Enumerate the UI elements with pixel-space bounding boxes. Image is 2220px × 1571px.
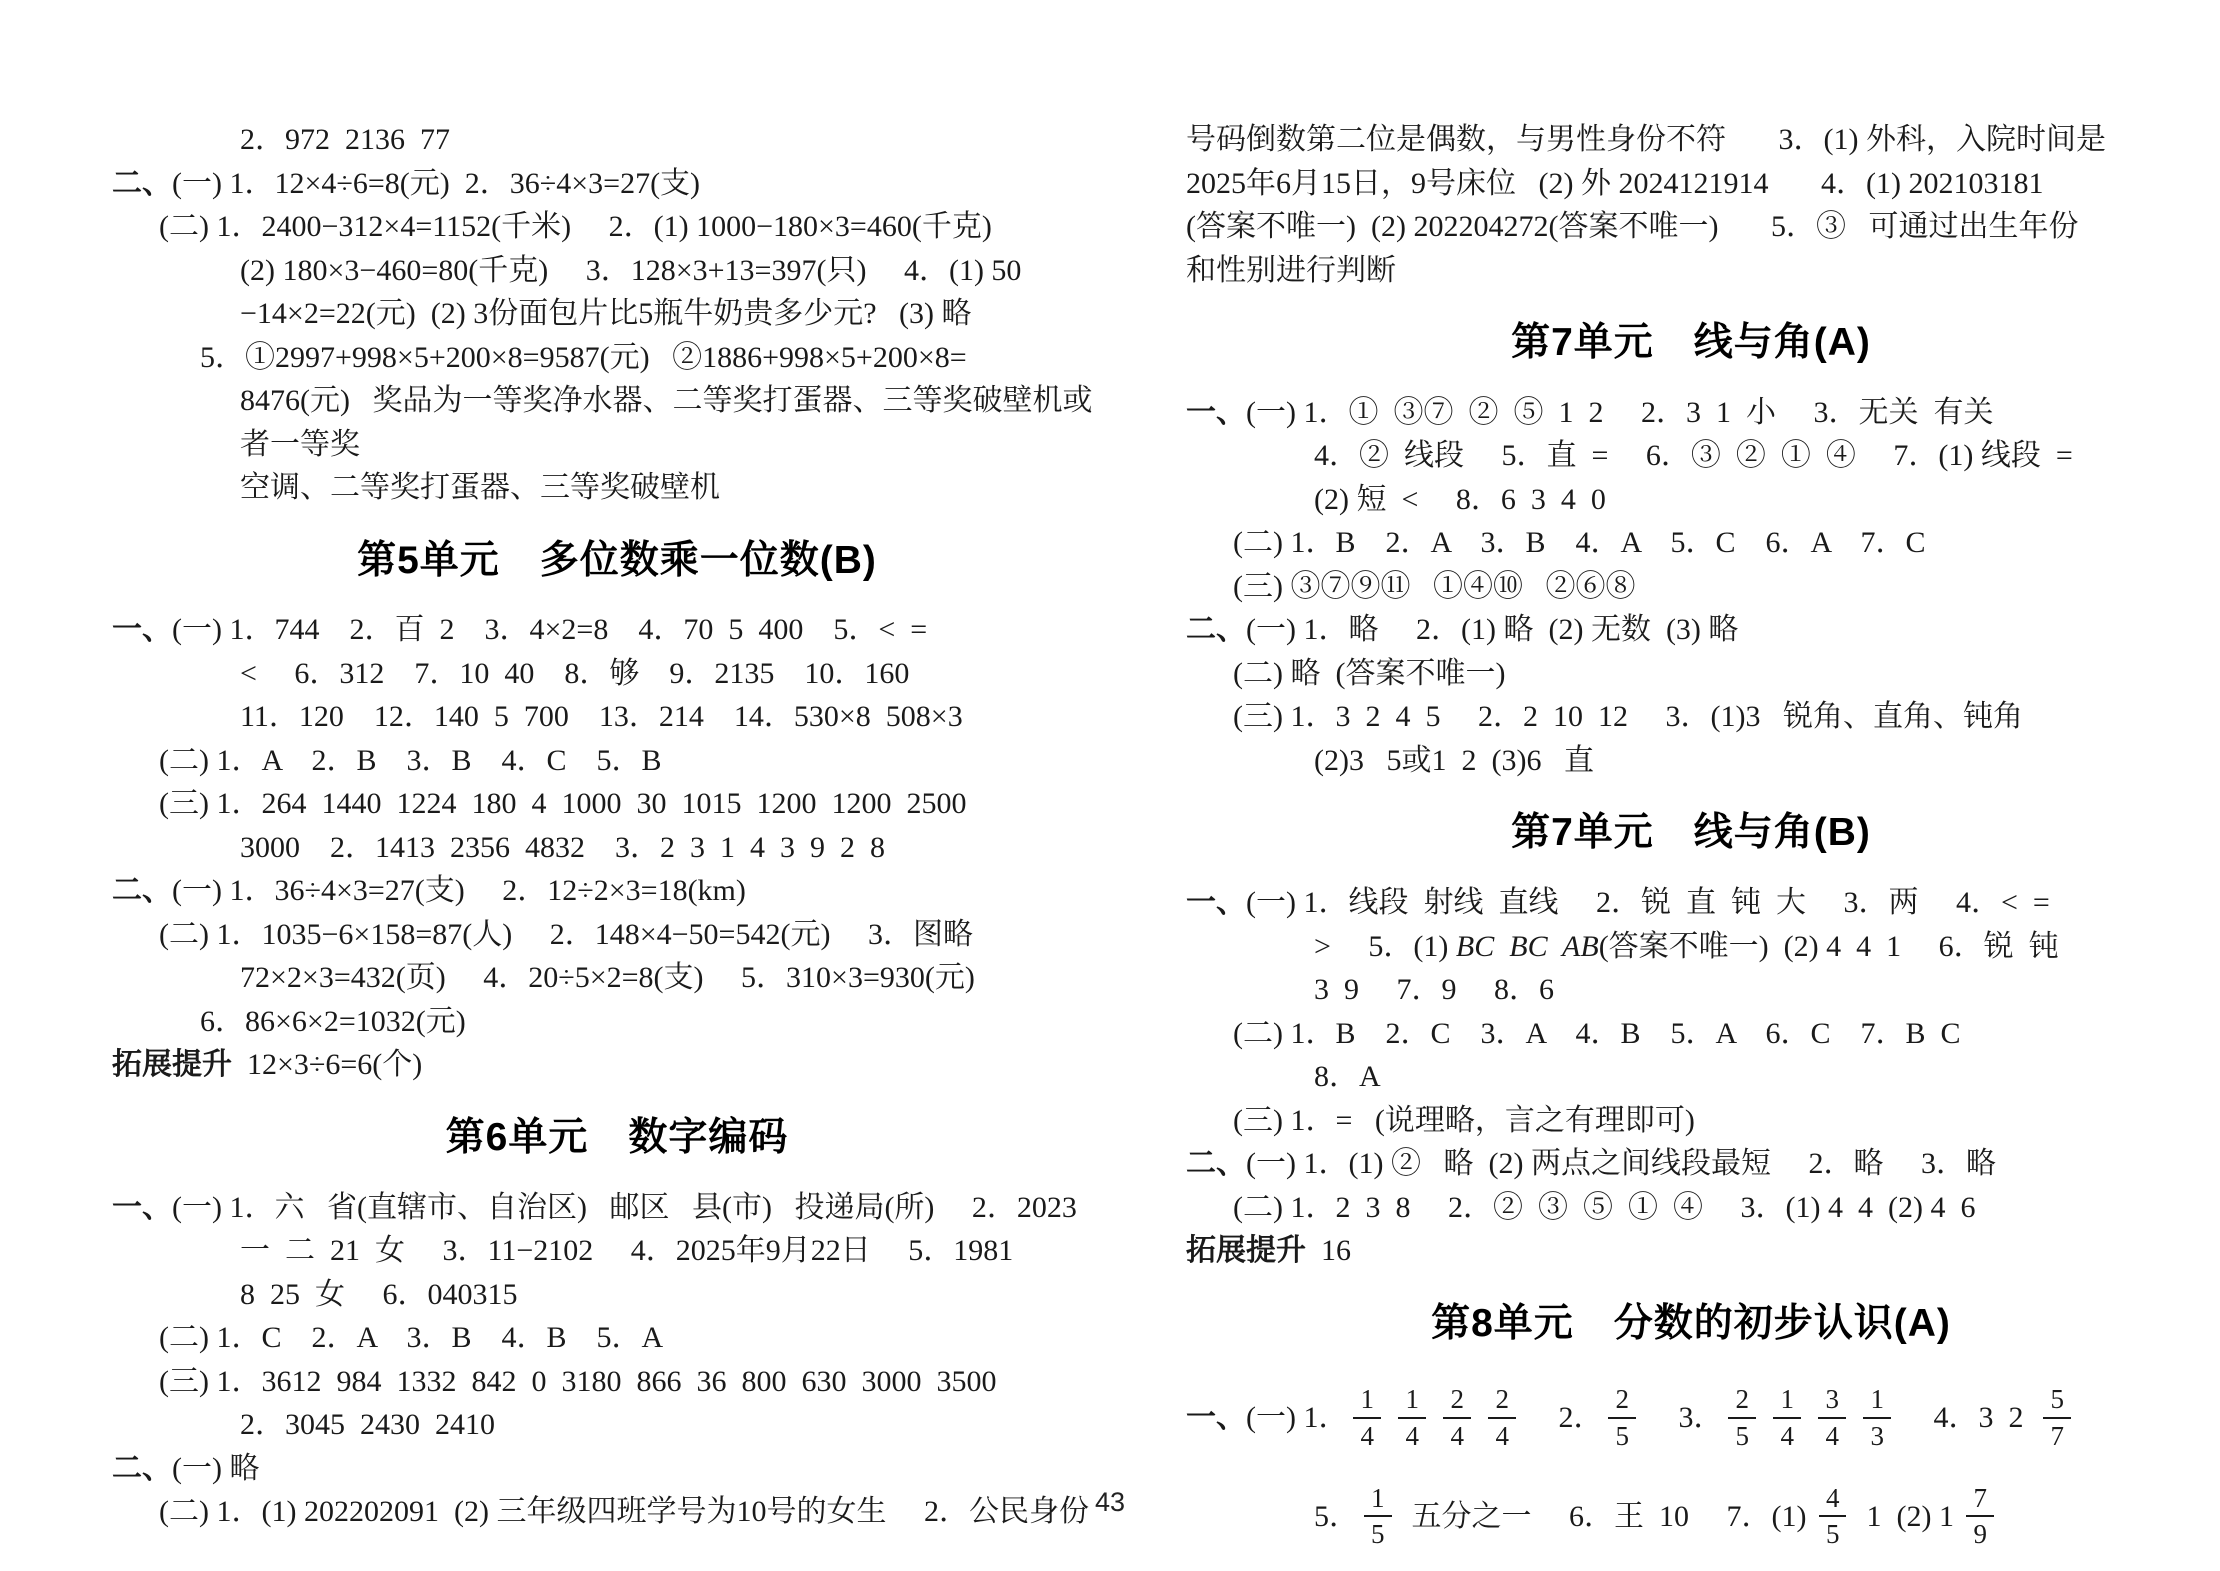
answer-line: (三) 1．3612 984 1332 842 0 3180 866 36 80… (112, 1360, 1122, 1404)
answer-line: (二) 1．A 2．B 3．B 4．C 5．B (112, 739, 1122, 783)
fraction: 24 (1488, 1384, 1516, 1450)
answer-text: (一) 略 (172, 1452, 259, 1485)
answer-line: 拓展提升 16 (1186, 1229, 2196, 1273)
answer-text: (三) 1．3 2 4 5 2．2 10 12 3．(1)3 锐角、直角、钝角 (1233, 700, 2023, 733)
answer-text: 2．3045 2430 2410 (240, 1408, 495, 1441)
answer-line: 二、(一) 1．12×4÷6=8(元) 2．36÷4×3=27(支) (112, 162, 1122, 206)
answer-text: (一) 1．① ③⑦ ② ⑤ 1 2 2．3 1 小 3．无关 有关 (1246, 396, 1993, 429)
answer-line: (三) 1．3 2 4 5 2．2 10 12 3．(1)3 锐角、直角、钝角 (1186, 695, 2196, 739)
answer-line: 一 二 21 女 3．11−2102 4．2025年9月22日 5．1981 (112, 1229, 1122, 1273)
answer-text (1476, 1402, 1484, 1435)
answer-text (1386, 1402, 1394, 1435)
answer-line: 8．A (1186, 1055, 2196, 1099)
answer-line: (二) 1．2 3 8 2．② ③ ⑤ ① ④ 3．(1) 4 4 (2) 4 … (1186, 1186, 2196, 1230)
answer-text: 2．972 2136 77 (240, 123, 450, 156)
answer-text: 2025年6月15日，9号床位 (2) 外 2024121914 4．(1) 2… (1186, 167, 2043, 200)
answer-line: (二) 1．1035−6×158=87(人) 2．148×4−50=542(元)… (112, 913, 1122, 957)
answer-text: 8．A (1314, 1060, 1381, 1093)
answer-key-page: 2．972 2136 77二、(一) 1．12×4÷6=8(元) 2．36÷4×… (0, 0, 2220, 1568)
answer-line: (2) 180×3−460=80(千克) 3．128×3+13=397(只) 4… (112, 249, 1122, 293)
answer-text: (二) 1．A 2．B 3．B 4．C 5．B (159, 744, 662, 777)
answer-text: 4．3 2 (1896, 1402, 2039, 1435)
section-heading: 第7单元 线与角(A) (1186, 320, 2196, 367)
answer-line: 二、(一) 1．(1) ② 略 (2) 两点之间线段最短 2．略 3．略 (1186, 1142, 2196, 1186)
answer-line: (2)3 5或1 2 (3)6 直 (1186, 739, 2196, 783)
answer-text: (一) 1．线段 射线 直线 2．锐 直 钝 大 3．两 4．< = (1246, 886, 2050, 919)
answer-text: (三) 1．= (说理略，言之有理即可) (1233, 1104, 1695, 1137)
answer-text: 号码倒数第二位是偶数，与男性身份不符 3．(1) 外科，入院时间是 (1186, 123, 2106, 156)
item-marker: 一、 (112, 1191, 172, 1224)
answer-text (1761, 1402, 1769, 1435)
answer-text (1851, 1402, 1859, 1435)
answer-line: 5．15 五分之一 6．王 10 7．(1) 45 1 (2) 1 79 (1186, 1470, 2196, 1568)
answer-line: (2) 短 < 8．6 3 4 0 (1186, 478, 2196, 522)
section-heading: 第8单元 分数的初步认识(A) (1186, 1301, 2196, 1348)
answer-text: 3000 2．1413 2356 4832 3．2 3 1 4 3 9 2 8 (240, 831, 885, 864)
answer-line: (二) 1．C 2．A 3．B 4．B 5．A (112, 1316, 1122, 1360)
item-marker: 二、 (112, 1452, 172, 1485)
item-marker: 二、 (112, 874, 172, 907)
answer-text: 8 25 女 6．040315 (240, 1278, 518, 1311)
answer-text (1806, 1402, 1814, 1435)
answer-text: 16 (1306, 1234, 1351, 1267)
fraction: 13 (1863, 1384, 1891, 1450)
answer-text: −14×2=22(元) (2) 3份面包片比5瓶牛奶贵多少元? (3) 略 (240, 297, 972, 330)
answer-line: 二、(一) 1．36÷4×3=27(支) 2．12÷2×3=18(km) (112, 869, 1122, 913)
answer-text: (二) 1．C 2．A 3．B 4．B 5．A (159, 1321, 663, 1354)
answer-line: 拓展提升 12×3÷6=6(个) (112, 1043, 1122, 1087)
answer-line: 一、(一) 1．线段 射线 直线 2．锐 直 钝 大 3．两 4．< = (1186, 881, 2196, 925)
item-marker: 拓展提升 (1186, 1234, 1306, 1267)
answer-text: (二) 1．B 2．A 3．B 4．A 5．C 6．A 7．C (1233, 526, 1926, 559)
item-marker: 二、 (1186, 613, 1246, 646)
item-marker: 一、 (112, 613, 172, 646)
answer-text: 5．①2997+998×5+200×8=9587(元) ②1886+998×5+… (200, 341, 967, 374)
answer-text: (2) 180×3−460=80(千克) 3．128×3+13=397(只) 4… (240, 254, 1021, 287)
answer-text: (一) 1．(1) ② 略 (2) 两点之间线段最短 2．略 3．略 (1246, 1147, 1996, 1180)
answer-text: 和性别进行判断 (1186, 254, 1396, 287)
answer-text: 空调、二等奖打蛋器、三等奖破壁机 (240, 471, 720, 504)
answer-text: (二) 1．1035−6×158=87(人) 2．148×4−50=542(元)… (159, 918, 973, 951)
column-2: 号码倒数第二位是偶数，与男性身份不符 3．(1) 外科，入院时间是2025年6月… (1186, 118, 2196, 1568)
answer-line: 4．② 线段 5．直 = 6．③ ② ① ④ 7．(1) 线段 = (1186, 434, 2196, 478)
answer-text: (答案不唯一) (2) 4 4 1 6．锐 钝 (1599, 930, 2059, 963)
section-heading: 第7单元 线与角(B) (1186, 810, 2196, 857)
section-heading: 第5单元 多位数乘一位数(B) (112, 538, 1122, 585)
item-marker: 二、 (1186, 1147, 1246, 1180)
answer-line: 二、(一) 1．略 2．(1) 略 (2) 无数 (3) 略 (1186, 608, 2196, 652)
answer-line: 2．972 2136 77 (112, 118, 1122, 162)
section-heading: 第6单元 数字编码 (112, 1115, 1122, 1162)
answer-line: 2025年6月15日，9号床位 (2) 外 2024121914 4．(1) 2… (1186, 162, 2196, 206)
answer-text: (二) 1．B 2．C 3．A 4．B 5．A 6．C 7．B C (1233, 1017, 1961, 1050)
answer-text: 2． (1521, 1402, 1604, 1435)
answer-text: 72×2×3=432(页) 4．20÷5×2=8(支) 5．310×3=930(… (240, 961, 975, 994)
answer-line: 2．3045 2430 2410 (112, 1403, 1122, 1447)
answer-line: 5．①2997+998×5+200×8=9587(元) ②1886+998×5+… (112, 336, 1122, 380)
page-number: 43 (0, 1487, 2220, 1518)
fraction: 34 (1818, 1384, 1846, 1450)
answer-text: (一) 1．六 省(直辖市、自治区) 邮区 县(市) 投递局(所) 2．2023 (172, 1191, 1077, 1224)
answer-text: (三) 1．3612 984 1332 842 0 3180 866 36 80… (159, 1365, 996, 1398)
answer-text: 6．86×6×2=1032(元) (200, 1005, 466, 1038)
answer-line: (二) 略 (答案不唯一) (1186, 652, 2196, 696)
answer-text: (一) 1．12×4÷6=8(元) 2．36÷4×3=27(支) (172, 167, 700, 200)
answer-line: (二) 1．B 2．C 3．A 4．B 5．A 6．C 7．B C (1186, 1012, 2196, 1056)
answer-line: 72×2×3=432(页) 4．20÷5×2=8(支) 5．310×3=930(… (112, 956, 1122, 1000)
answer-line: −14×2=22(元) (2) 3份面包片比5瓶牛奶贵多少元? (3) 略 (112, 292, 1122, 336)
answer-text: (一) 1． (1246, 1402, 1348, 1435)
fraction: 14 (1773, 1384, 1801, 1450)
fraction: 14 (1398, 1384, 1426, 1450)
answer-line: 一、(一) 1．14 14 24 24 2．25 3．25 14 34 13 4… (1186, 1371, 2196, 1469)
answer-line: > 5．(1) BC BC AB(答案不唯一) (2) 4 4 1 6．锐 钝 (1186, 925, 2196, 969)
answer-line: (二) 1．2400−312×4=1152(千米) 2．(1) 1000−180… (112, 205, 1122, 249)
answer-text: (2)3 5或1 2 (3)6 直 (1314, 744, 1594, 777)
answer-line: 一、(一) 1．六 省(直辖市、自治区) 邮区 县(市) 投递局(所) 2．20… (112, 1186, 1122, 1230)
answer-text (1431, 1402, 1439, 1435)
fraction: 57 (2043, 1384, 2071, 1450)
answer-line: 8 25 女 6．040315 (112, 1273, 1122, 1317)
answer-text: (一) 1．744 2．百 2 3．4×2=8 4．70 5 400 5．< = (172, 613, 927, 646)
item-marker: 二、 (112, 167, 172, 200)
answer-line: 一、(一) 1．① ③⑦ ② ⑤ 1 2 2．3 1 小 3．无关 有关 (1186, 391, 2196, 435)
answer-line: (三) 1．= (说理略，言之有理即可) (1186, 1099, 2196, 1143)
answer-text: 3 9 7．9 8．6 (1314, 973, 1554, 1006)
answer-line: < 6．312 7．10 40 8．够 9．2135 10．160 (112, 652, 1122, 696)
answer-text: (二) 略 (答案不唯一) (1233, 657, 1505, 690)
item-marker: 一、 (1186, 1402, 1246, 1435)
columns-container: 2．972 2136 77二、(一) 1．12×4÷6=8(元) 2．36÷4×… (112, 118, 2196, 1568)
answer-text: (2) 短 < 8．6 3 4 0 (1314, 483, 1606, 516)
answer-text: BC BC AB (1456, 930, 1599, 963)
item-marker: 拓展提升 (112, 1048, 232, 1081)
answer-line: 6．86×6×2=1032(元) (112, 1000, 1122, 1044)
answer-text: 4．② 线段 5．直 = 6．③ ② ① ④ 7．(1) 线段 = (1314, 439, 2073, 472)
answer-line: 号码倒数第二位是偶数，与男性身份不符 3．(1) 外科，入院时间是 (1186, 118, 2196, 162)
answer-text: (三) ③⑦⑨⑪ ①④⑩ ②⑥⑧ (1233, 570, 1635, 603)
answer-line: (三) ③⑦⑨⑪ ①④⑩ ②⑥⑧ (1186, 565, 2196, 609)
answer-line: 3 9 7．9 8．6 (1186, 968, 2196, 1012)
answer-line: 3000 2．1413 2356 4832 3．2 3 1 4 3 9 2 8 (112, 826, 1122, 870)
answer-line: (三) 1．264 1440 1224 180 4 1000 30 1015 1… (112, 782, 1122, 826)
fraction: 14 (1353, 1384, 1381, 1450)
answer-text: (二) 1．2400−312×4=1152(千米) 2．(1) 1000−180… (159, 210, 992, 243)
fraction: 25 (1608, 1384, 1636, 1450)
answer-text: 一 二 21 女 3．11−2102 4．2025年9月22日 5．1981 (240, 1234, 1013, 1267)
answer-line: 一、(一) 1．744 2．百 2 3．4×2=8 4．70 5 400 5．<… (112, 608, 1122, 652)
answer-line: 11．120 12．140 5 700 13．214 14．530×8 508×… (112, 695, 1122, 739)
answer-text: < 6．312 7．10 40 8．够 9．2135 10．160 (240, 657, 909, 690)
answer-line: (二) 1．B 2．A 3．B 4．A 5．C 6．A 7．C (1186, 521, 2196, 565)
answer-text: (一) 1．36÷4×3=27(支) 2．12÷2×3=18(km) (172, 874, 746, 907)
answer-text: 8476(元) 奖品为一等奖净水器、二等奖打蛋器、三等奖破壁机或者一等奖 (240, 384, 1092, 461)
answer-text: 3． (1641, 1402, 1724, 1435)
answer-text: (答案不唯一) (2) 202204272(答案不唯一) 5．③ 可通过出生年份 (1186, 210, 2078, 243)
item-marker: 一、 (1186, 886, 1246, 919)
answer-text: (三) 1．264 1440 1224 180 4 1000 30 1015 1… (159, 787, 966, 820)
answer-text: (二) 1．2 3 8 2．② ③ ⑤ ① ④ 3．(1) 4 4 (2) 4 … (1233, 1191, 1975, 1224)
answer-line: (答案不唯一) (2) 202204272(答案不唯一) 5．③ 可通过出生年份 (1186, 205, 2196, 249)
answer-line: 和性别进行判断 (1186, 249, 2196, 293)
answer-text: 11．120 12．140 5 700 13．214 14．530×8 508×… (240, 700, 963, 733)
answer-text: > 5．(1) (1314, 930, 1456, 963)
item-marker: 一、 (1186, 396, 1246, 429)
column-1: 2．972 2136 77二、(一) 1．12×4÷6=8(元) 2．36÷4×… (112, 118, 1122, 1568)
fraction: 25 (1728, 1384, 1756, 1450)
answer-text: (一) 1．略 2．(1) 略 (2) 无数 (3) 略 (1246, 613, 1738, 646)
fraction: 24 (1443, 1384, 1471, 1450)
answer-text: 12×3÷6=6(个) (232, 1048, 422, 1081)
answer-line: 8476(元) 奖品为一等奖净水器、二等奖打蛋器、三等奖破壁机或者一等奖 (112, 379, 1122, 466)
answer-line: 二、(一) 略 (112, 1447, 1122, 1491)
answer-line: 空调、二等奖打蛋器、三等奖破壁机 (112, 466, 1122, 510)
